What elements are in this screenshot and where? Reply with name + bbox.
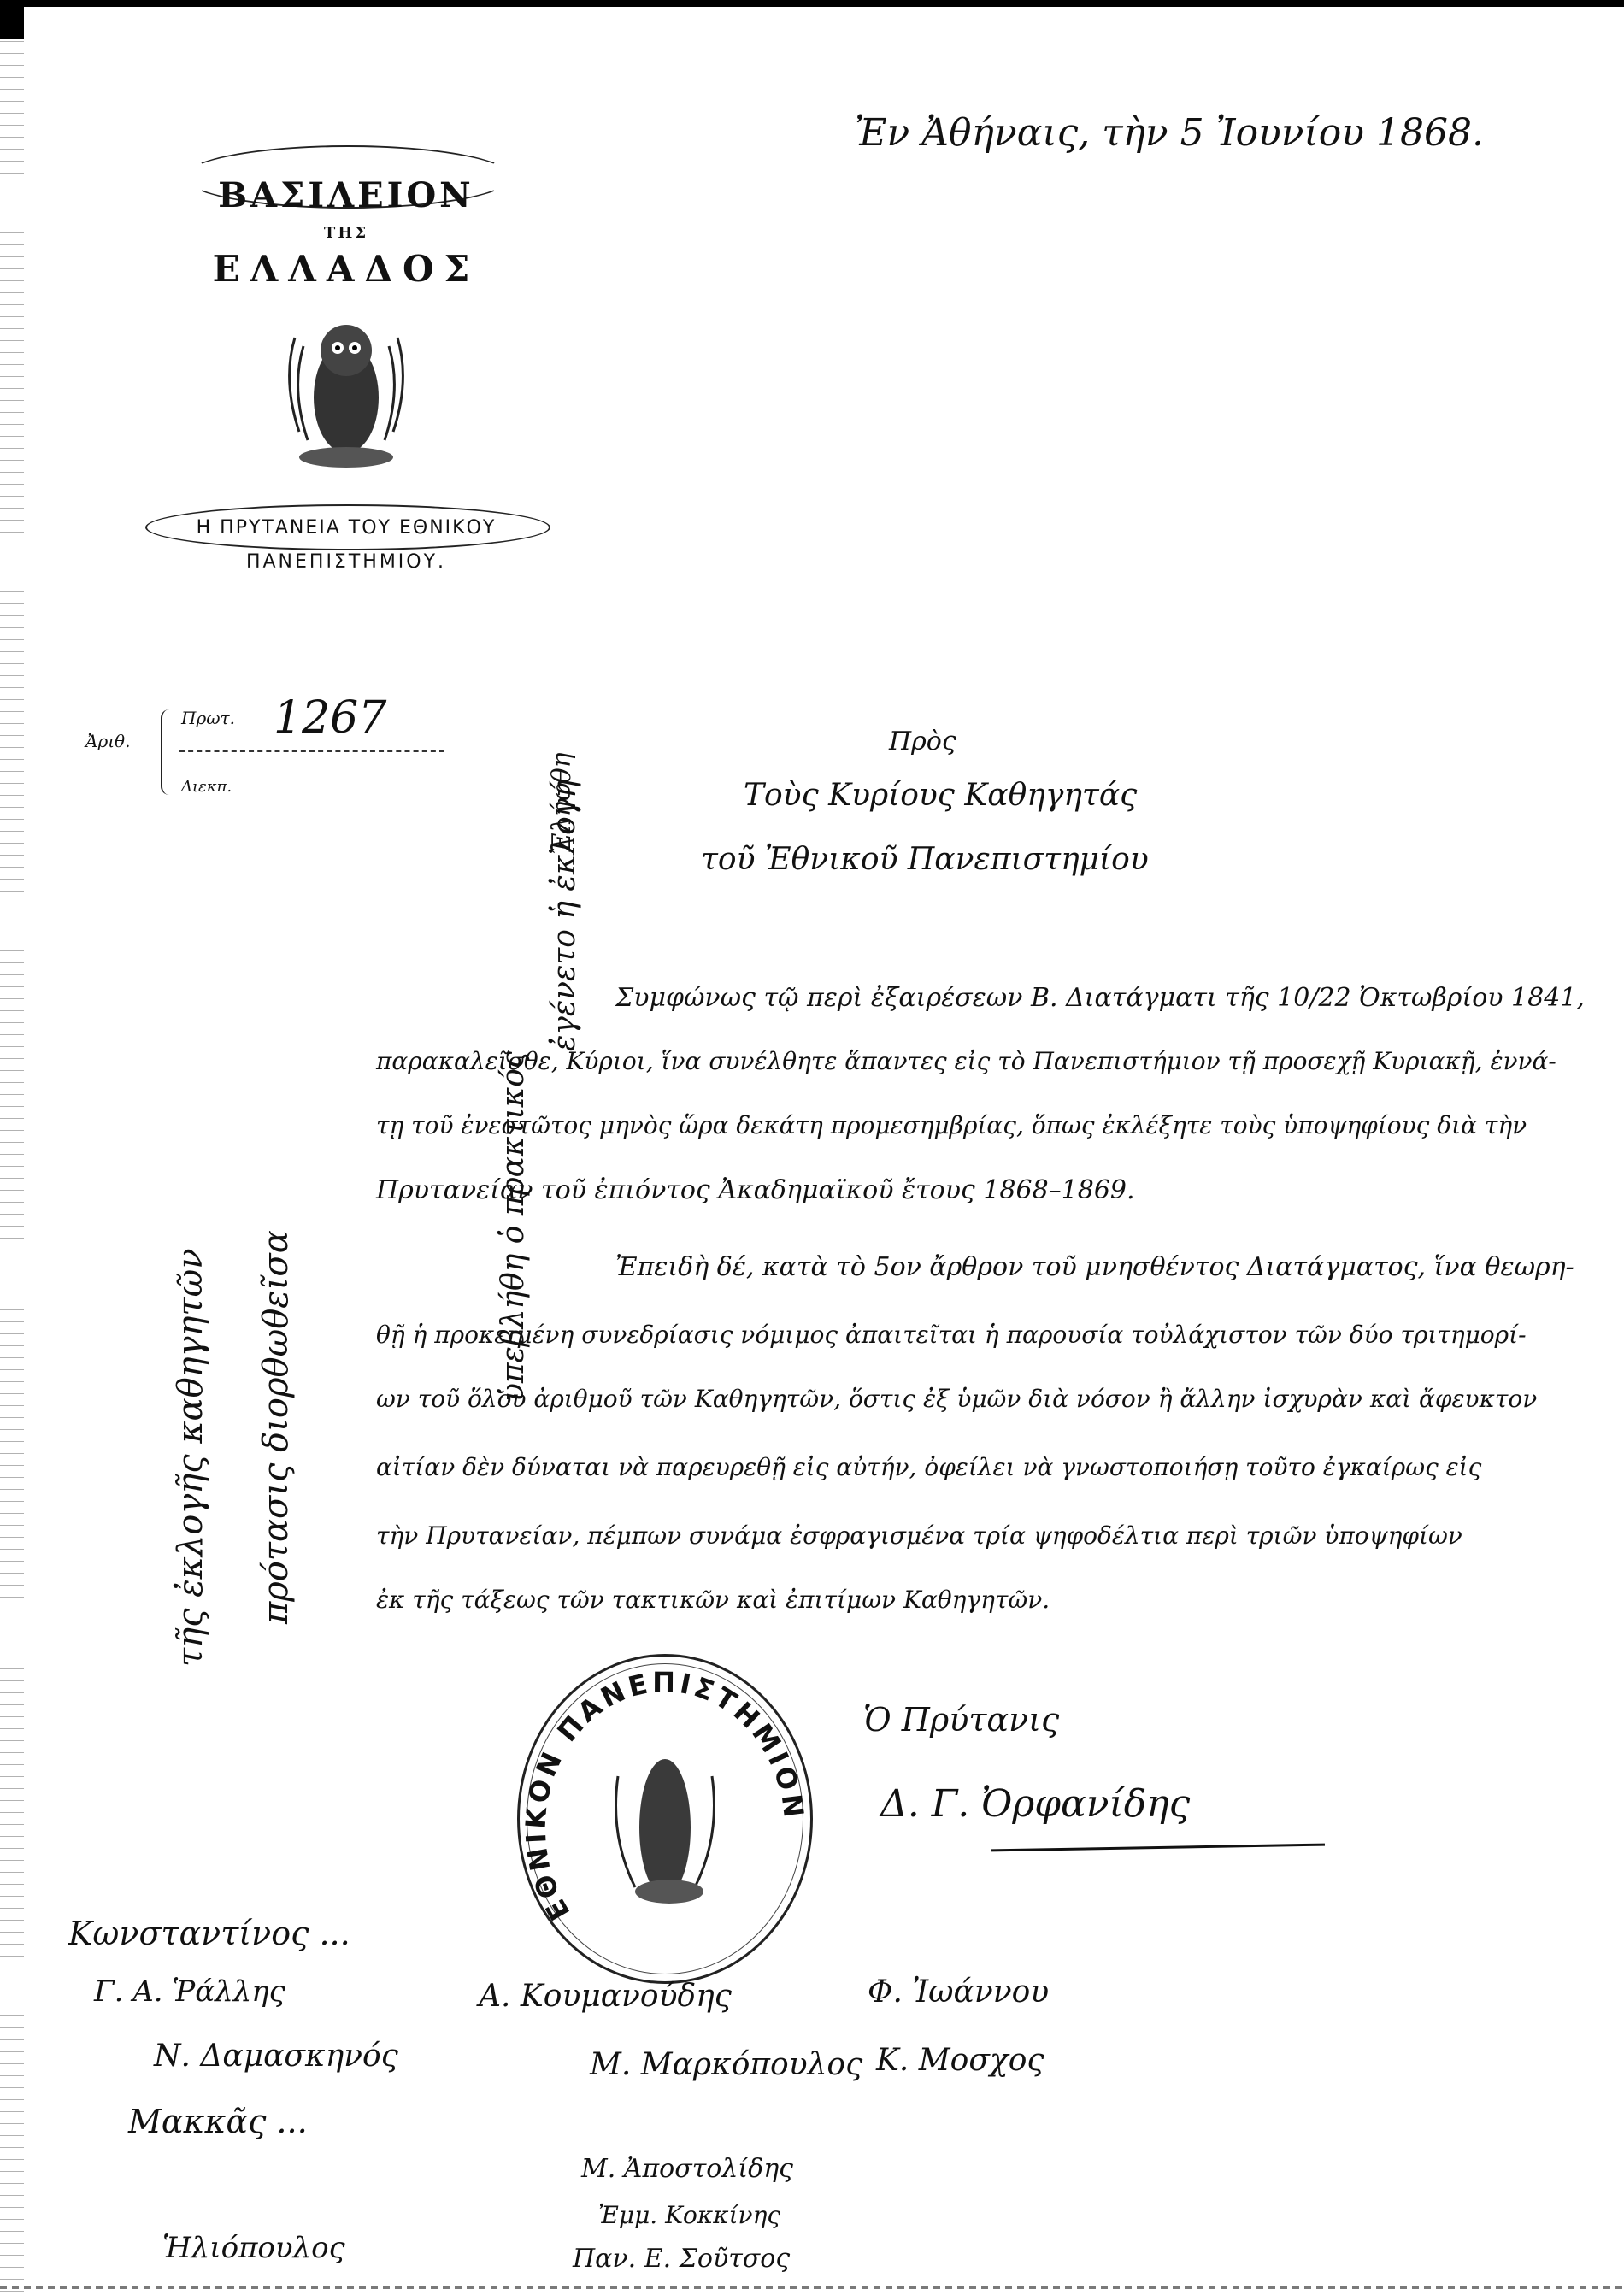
body-line: τῃ τοῦ ἐνεστῶτος μηνὸς ὥρα δεκάτη προμεσ… (376, 1111, 1527, 1139)
reference-block: Ἀριθ. Πρωτ. 1267 Διεκπ. (85, 701, 444, 803)
signature: Μακκᾶς ... (128, 2103, 308, 2140)
addressee-line1: Πρὸς (889, 727, 956, 756)
addressee-line2: Τοὺς Κυρίους Καθηγητάς (744, 778, 1137, 813)
body-line: αἰτίαν δὲν δύναται νὰ παρευρεθῇ εἰς αὐτή… (376, 1453, 1481, 1481)
body-line: Πρυτανείαν τοῦ ἐπιόντος Ἀκαδημαϊκοῦ ἔτου… (376, 1175, 1135, 1205)
signature: Ἐμμ. Κοκκίνης (598, 2201, 780, 2229)
margin-note: ἐγένετο ἡ ἐκλογή (547, 780, 582, 1051)
signature: Παν. Ε. Σοῦτσος (573, 2244, 790, 2274)
body-line: τὴν Πρυτανείαν, πέμπων συνάμα ἐσφραγισμέ… (376, 1521, 1462, 1550)
signature: Κ. Μοσχος (876, 2043, 1044, 2078)
body-line: Ἐπειδὴ δέ, κατὰ τὸ 5ον ἄρθρον τοῦ μνησθέ… (615, 1252, 1574, 1282)
protocol-label: Πρωτ. (181, 708, 235, 728)
owl-icon (614, 1742, 716, 1913)
letterhead-of: ΤΗΣ (150, 224, 543, 242)
protocol-number: 1267 (274, 692, 386, 744)
letterhead-university: ΠΑΝΕΠΙΣΤΗΜΙΟΥ. (150, 551, 543, 573)
body-line: θῇ ἡ προκειμένη συνεδρίασις νόμιμος ἀπαι… (376, 1321, 1527, 1349)
margin-note: τῆς ἐκλογῆς καθηγητῶν (171, 1248, 210, 1667)
signature: Γ. Α. Ῥάλλης (94, 1974, 285, 2009)
signature: Ν. Δαμασκηνός (154, 2039, 398, 2074)
scan-corner (0, 0, 24, 39)
margin-note: ὑπεβλήθη ὁ πρακτικός (496, 1051, 531, 1402)
university-seal: ΕΘΝΙΚΟΝ ΠΑΝΕΠΙΣΤΗΜΙΟΝ (517, 1654, 813, 1984)
letterhead: ΒΑΣΙΛΕΙΟΝ ΤΗΣ ΕΛΛΑΔΟΣ Η ΠΡΥΤΑΝΕΙΑ ΤΟΥ ΕΘ… (150, 128, 543, 607)
letterhead-greece: ΕΛΛΑΔΟΣ (150, 248, 543, 290)
letterhead-kingdom: ΒΑΣΙΛΕΙΟΝ (150, 175, 543, 215)
scan-bottom-edge (0, 2286, 1624, 2289)
dateline: Ἐν Ἀθήναις, τὴν 5 Ἰουνίου 1868. (855, 111, 1484, 155)
signature: Φ. Ἰωάννου (868, 1974, 1049, 2010)
reference-divider (179, 750, 444, 752)
scan-top-edge (0, 0, 1624, 7)
scan-left-edge-noise (0, 0, 24, 2295)
body-line: παρακαλεῖσθε, Κύριοι, ἵνα συνέλθητε ἅπαν… (376, 1047, 1556, 1075)
closing-title: Ὁ Πρύτανις (863, 1701, 1059, 1739)
signature: Κωνσταντίνος ... (68, 1915, 350, 1952)
rector-signature: Δ. Γ. Ὀρφανίδης (880, 1782, 1190, 1826)
reference-label: Ἀριθ. (85, 731, 130, 751)
body-line: Συμφώνως τῷ περὶ ἐξαιρέσεων Β. Διατάγματ… (615, 983, 1585, 1013)
dispatch-label: Διεκπ. (181, 778, 232, 796)
brace (161, 709, 174, 795)
signature: Μ. Μαρκόπουλος (590, 2047, 862, 2082)
letterhead-rectorate: Η ΠΡΥΤΑΝΕΙΑ ΤΟΥ ΕΘΝΙΚΟΥ (158, 517, 534, 538)
addressee-line3: τοῦ Ἐθνικοῦ Πανεπιστημίου (701, 842, 1149, 877)
signature: Α. Κουμανούδης (479, 1979, 732, 2014)
signature: Ἡλιόπουλος (162, 2231, 345, 2265)
body-line: ων τοῦ ὅλου ἀριθμοῦ τῶν Καθηγητῶν, ὅστις… (376, 1385, 1537, 1413)
signature-underline (991, 1844, 1325, 1852)
signature: Μ. Ἀποστολίδης (581, 2154, 793, 2184)
margin-note: πρότασις διορθωθεῖσα (256, 1230, 296, 1624)
owl-icon (278, 303, 415, 470)
body-line: ἐκ τῆς τάξεως τῶν τακτικῶν καὶ ἐπιτίμων … (376, 1586, 1050, 1614)
